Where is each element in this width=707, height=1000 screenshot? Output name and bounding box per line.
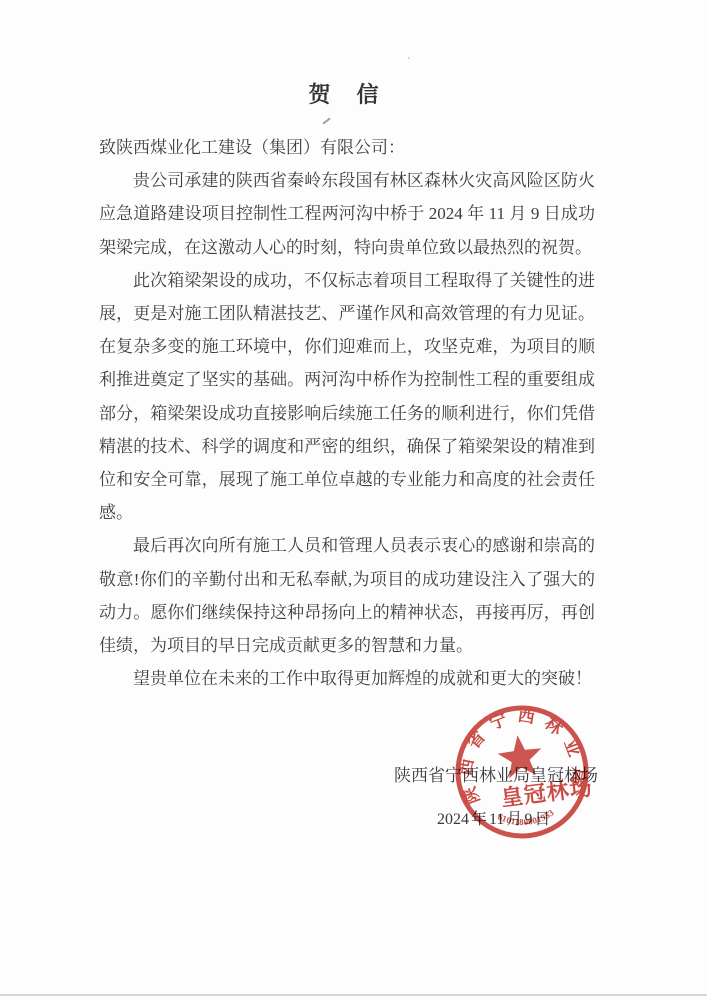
letter-body: 致陕西煤业化工建设（集团）有限公司： 贵公司承建的陕西省秦岭东段国有林区森林火灾… — [99, 131, 595, 695]
star-icon — [496, 733, 545, 780]
paragraph: 此次箱梁架设的成功，不仅标志着项目工程取得了关键性的进展，更是对施工团队精湛技艺… — [99, 264, 595, 530]
page-title: 贺 信 — [0, 78, 698, 109]
official-red-stamp: 陕西省宁西林业局 皇冠林场 6101180001953 — [424, 674, 620, 870]
scan-speck-slash — [322, 117, 330, 124]
paragraph: 贵公司承建的陕西省秦岭东段国有林区森林火灾高风险区防火应急道路建设项目控制性工程… — [99, 164, 595, 264]
scan-speck-dot — [408, 57, 410, 59]
scan-edge-line — [0, 994, 707, 996]
paragraph: 最后再次向所有施工人员和管理人员表示衷心的感谢和崇高的敬意!你们的辛勤付出和无私… — [99, 529, 595, 662]
letter-page: 贺 信 致陕西煤业化工建设（集团）有限公司： 贵公司承建的陕西省秦岭东段国有林区… — [0, 0, 707, 1000]
salutation-line: 致陕西煤业化工建设（集团）有限公司： — [99, 131, 595, 164]
stamp-center-text: 皇冠林场 — [500, 775, 594, 811]
